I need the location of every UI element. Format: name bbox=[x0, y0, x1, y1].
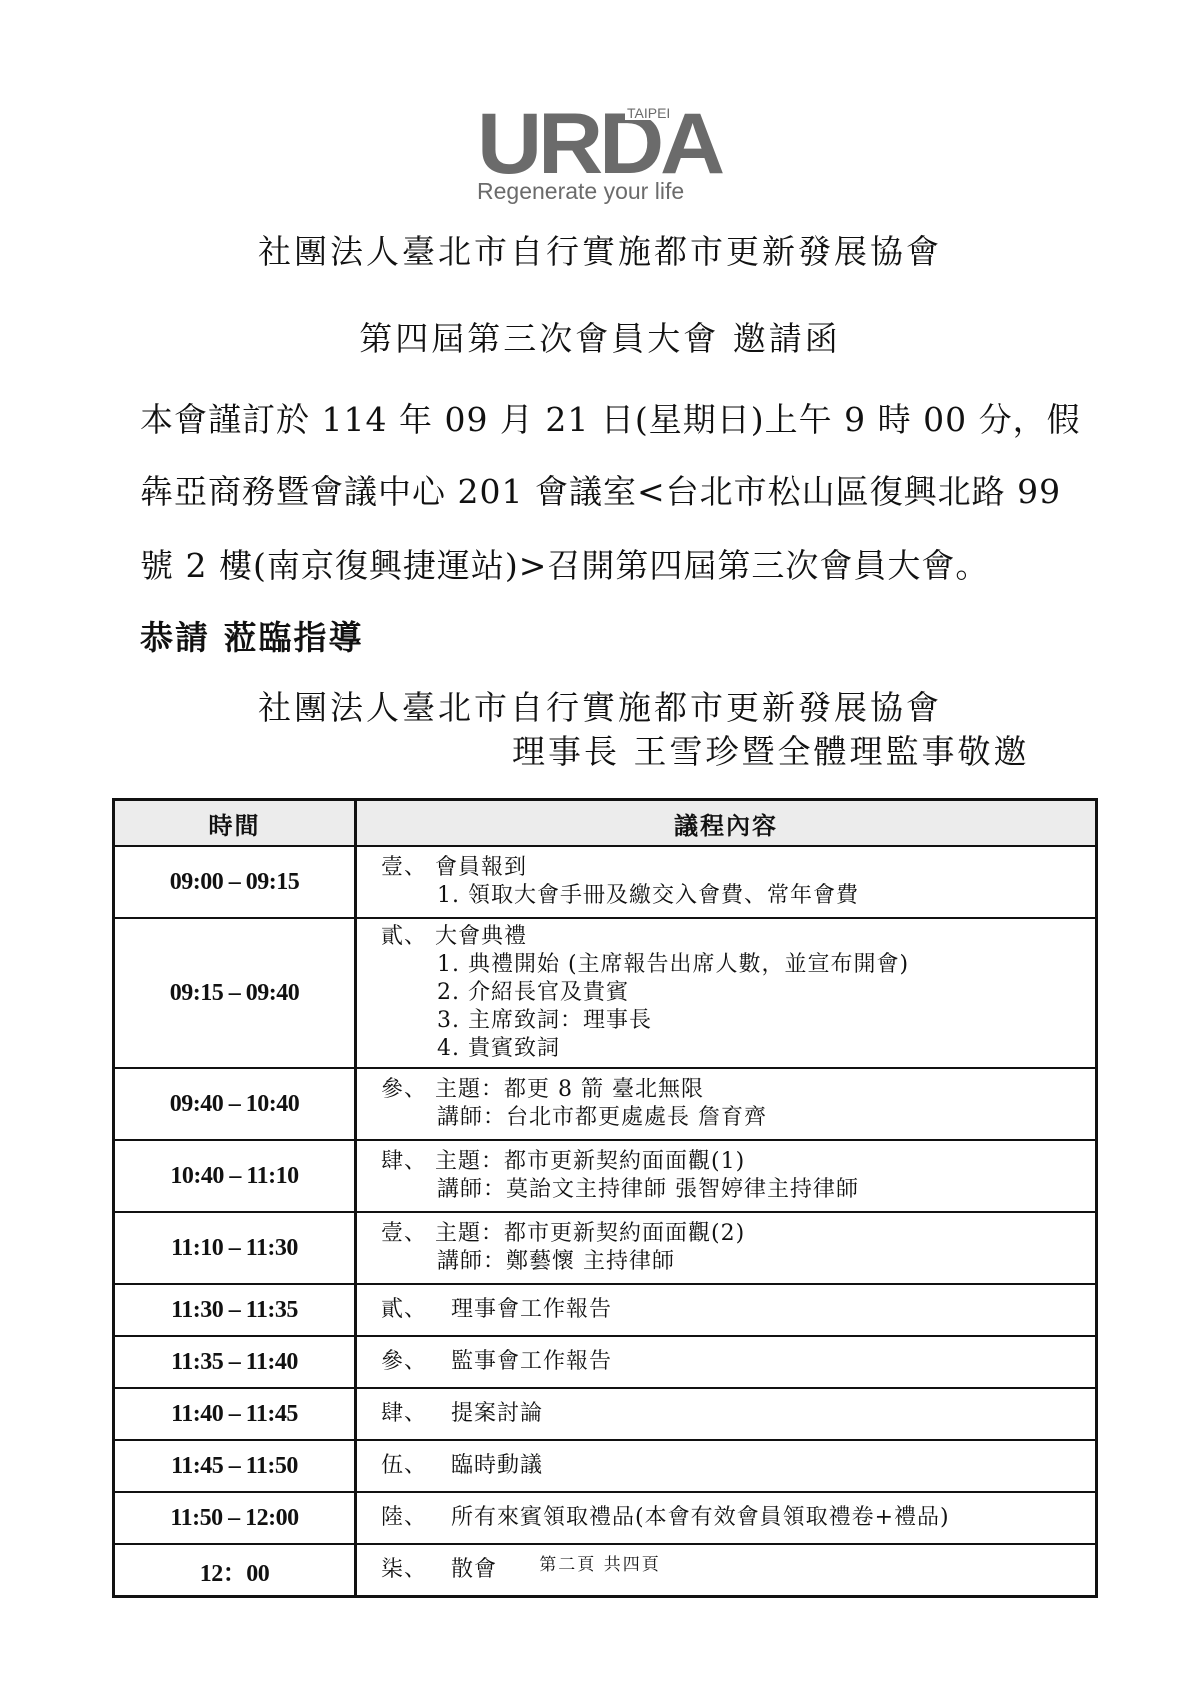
item-sub: 2. 介紹長官及貴賓 bbox=[381, 979, 1095, 1007]
table-row: 11:45 – 11:50 伍、臨時動議 bbox=[114, 1440, 1097, 1492]
row-content: 伍、臨時動議 bbox=[356, 1440, 1097, 1492]
row-content: 肆、 主題：都市更新契約面面觀(1) 講師：莫詒文主持律師 張智婷律主持律師 bbox=[356, 1140, 1097, 1212]
row-content: 壹、 會員報到 1. 領取大會手冊及繳交入會費、常年會費 bbox=[356, 846, 1097, 918]
row-time: 10:40 – 11:10 bbox=[114, 1140, 356, 1212]
item-text: 監事會工作報告 bbox=[451, 1349, 612, 1374]
item-number: 陸、 bbox=[381, 1504, 451, 1532]
row-content: 貳、 大會典禮 1. 典禮開始 (主席報告出席人數，並宣布開會) 2. 介紹長官… bbox=[356, 918, 1097, 1068]
row-time: 11:30 – 11:35 bbox=[114, 1284, 356, 1336]
table-row: 11:30 – 11:35 貳、理事會工作報告 bbox=[114, 1284, 1097, 1336]
table-row: 09:00 – 09:15 壹、 會員報到 1. 領取大會手冊及繳交入會費、常年… bbox=[114, 846, 1097, 918]
page-indicator: 第二頁 共四頁 bbox=[0, 1550, 1200, 1575]
row-content: 壹、 主題：都市更新契約面面觀(2) 講師：鄭藝懷 主持律師 bbox=[356, 1212, 1097, 1284]
table-row: 11:10 – 11:30 壹、 主題：都市更新契約面面觀(2) 講師：鄭藝懷 … bbox=[114, 1212, 1097, 1284]
item-number: 伍、 bbox=[381, 1452, 451, 1480]
invitation-title: 第四屆第三次會員大會 邀請函 bbox=[0, 313, 1200, 360]
item-sub: 講師：莫詒文主持律師 張智婷律主持律師 bbox=[381, 1176, 1095, 1204]
row-time: 09:40 – 10:40 bbox=[114, 1068, 356, 1140]
item-sub: 4. 貴賓致詞 bbox=[381, 1035, 1095, 1063]
row-content: 陸、所有來賓領取禮品(本會有效會員領取禮卷+禮品) bbox=[356, 1492, 1097, 1544]
table-row: 11:50 – 12:00 陸、所有來賓領取禮品(本會有效會員領取禮卷+禮品) bbox=[114, 1492, 1097, 1544]
header-content: 議程內容 bbox=[356, 800, 1097, 847]
table-row: 11:40 – 11:45 肆、提案討論 bbox=[114, 1388, 1097, 1440]
table-row: 09:40 – 10:40 參、 主題：都更 8 箭 臺北無限 講師：台北市都更… bbox=[114, 1068, 1097, 1140]
logo-mark: URDA bbox=[477, 106, 721, 182]
signature-chair: 理事長 王雪珍暨全體理監事敬邀 bbox=[512, 726, 1030, 773]
table-row: 11:35 – 11:40 參、監事會工作報告 bbox=[114, 1336, 1097, 1388]
row-time: 09:15 – 09:40 bbox=[114, 918, 356, 1068]
row-time: 09:00 – 09:15 bbox=[114, 846, 356, 918]
item-text: 理事會工作報告 bbox=[451, 1297, 612, 1322]
organization-title: 社團法人臺北市自行實施都市更新發展協會 bbox=[0, 226, 1200, 273]
row-time: 11:50 – 12:00 bbox=[114, 1492, 356, 1544]
row-time: 11:10 – 11:30 bbox=[114, 1212, 356, 1284]
row-content: 參、 主題：都更 8 箭 臺北無限 講師：台北市都更處處長 詹育齊 bbox=[356, 1068, 1097, 1140]
closing-phrase: 恭請 蒞臨指導 bbox=[140, 612, 364, 659]
row-content: 參、監事會工作報告 bbox=[356, 1336, 1097, 1388]
row-time: 11:45 – 11:50 bbox=[114, 1440, 356, 1492]
item-sub: 1. 典禮開始 (主席報告出席人數，並宣布開會) bbox=[381, 951, 1095, 979]
item-sub: 講師：台北市都更處處長 詹育齊 bbox=[381, 1104, 1095, 1132]
row-content: 肆、提案討論 bbox=[356, 1388, 1097, 1440]
row-time: 11:35 – 11:40 bbox=[114, 1336, 356, 1388]
item-title: 壹、 主題：都市更新契約面面觀(2) bbox=[381, 1220, 1095, 1248]
body-line-3: 號 2 樓(南京復興捷運站)>召開第四屆第三次會員大會。 bbox=[140, 540, 1080, 587]
item-sub: 講師：鄭藝懷 主持律師 bbox=[381, 1248, 1095, 1276]
urda-logo: URDA TAIPEI Regenerate your life bbox=[477, 106, 717, 206]
body-line-2: 犇亞商務暨會議中心 201 會議室<台北市松山區復興北路 99 bbox=[140, 466, 1080, 513]
item-title: 貳、 大會典禮 bbox=[381, 923, 1095, 951]
item-number: 肆、 bbox=[381, 1400, 451, 1428]
item-sub: 1. 領取大會手冊及繳交入會費、常年會費 bbox=[381, 882, 1095, 910]
item-number: 參、 bbox=[381, 1348, 451, 1376]
agenda-header-row: 時間 議程內容 bbox=[114, 800, 1097, 847]
item-title: 壹、 會員報到 bbox=[381, 854, 1095, 882]
item-sub: 3. 主席致詞：理事長 bbox=[381, 1007, 1095, 1035]
table-row: 09:15 – 09:40 貳、 大會典禮 1. 典禮開始 (主席報告出席人數，… bbox=[114, 918, 1097, 1068]
logo-city: TAIPEI bbox=[625, 106, 672, 120]
item-title: 肆、 主題：都市更新契約面面觀(1) bbox=[381, 1148, 1095, 1176]
logo-tagline: Regenerate your life bbox=[477, 178, 684, 205]
table-row: 10:40 – 11:10 肆、 主題：都市更新契約面面觀(1) 講師：莫詒文主… bbox=[114, 1140, 1097, 1212]
row-time: 11:40 – 11:45 bbox=[114, 1388, 356, 1440]
item-text: 提案討論 bbox=[451, 1401, 543, 1426]
item-text: 所有來賓領取禮品(本會有效會員領取禮卷+禮品) bbox=[451, 1505, 950, 1530]
document-page: URDA TAIPEI Regenerate your life 社團法人臺北市… bbox=[0, 0, 1200, 1697]
body-line-1: 本會謹訂於 114 年 09 月 21 日(星期日)上午 9 時 00 分，假 bbox=[140, 394, 1080, 441]
item-number: 貳、 bbox=[381, 1296, 451, 1324]
row-content: 貳、理事會工作報告 bbox=[356, 1284, 1097, 1336]
agenda-table: 時間 議程內容 09:00 – 09:15 壹、 會員報到 1. 領取大會手冊及… bbox=[112, 798, 1098, 1598]
item-title: 參、 主題：都更 8 箭 臺北無限 bbox=[381, 1076, 1095, 1104]
header-time: 時間 bbox=[114, 800, 356, 847]
signature-organization: 社團法人臺北市自行實施都市更新發展協會 bbox=[258, 682, 942, 729]
item-text: 臨時動議 bbox=[451, 1453, 543, 1478]
